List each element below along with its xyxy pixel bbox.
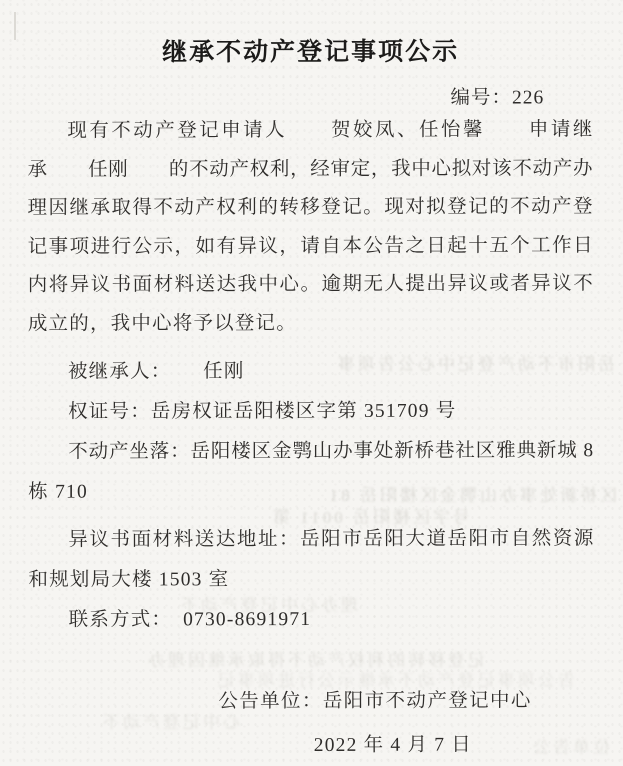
notice-number: 编号：226	[0, 85, 622, 113]
scanned-notice-page: 岳阳市不动产登记中心公告项事 区桥新处事办山鹗金区楼阳岳 81 号字区楼阳岳 0…	[0, 0, 623, 766]
property-location-line: 栋 710	[28, 471, 593, 512]
objection-address-line: 异议书面材料送达地址：岳阳市岳阳大道岳阳市自然资源	[28, 519, 593, 560]
body-line: 成立的，我中心将予以登记。	[28, 304, 593, 344]
objection-address-line: 和规划局大楼 1503 室	[28, 559, 593, 600]
body-line: 现有不动产登记申请人 贺姣凤、任怡馨 申请继	[27, 111, 592, 151]
body-line: 承 任刚 的不动产权利，经审定，我中心拟对该不动产办	[27, 150, 592, 190]
date-line: 2022 年 4 月 7 日	[29, 725, 594, 766]
body-line: 理因继承取得不动产权利的转移登记。现对拟登记的不动产登	[27, 188, 592, 228]
body-line: 内将异议书面材料送达我中心。逾期无人提出异议或者异议不	[28, 266, 593, 306]
contact-phone-line: 联系方式： 0730-8691971	[29, 599, 594, 640]
heir-line: 被继承人： 任刚	[28, 351, 593, 392]
notice-content: 继承不动产登记事项公示 编号：226 现有不动产登记申请人 贺姣凤、任怡馨 申请…	[0, 0, 623, 766]
notice-title: 继承不动产登记事项公示	[0, 0, 622, 71]
property-location-line: 不动产坐落：岳阳楼区金鹗山办事处新桥巷社区雅典新城 8	[28, 431, 593, 472]
certificate-number-line: 权证号：岳房权证岳阳楼区字第 351709 号	[28, 391, 593, 432]
issuer-line: 公告单位：岳阳市不动产登记中心	[29, 681, 594, 722]
notice-body: 现有不动产登记申请人 贺姣凤、任怡馨 申请继 承 任刚 的不动产权利，经审定，我…	[0, 111, 623, 766]
body-line: 记事项进行公示，如有异议，请自本公告之日起十五个工作日	[28, 227, 593, 267]
